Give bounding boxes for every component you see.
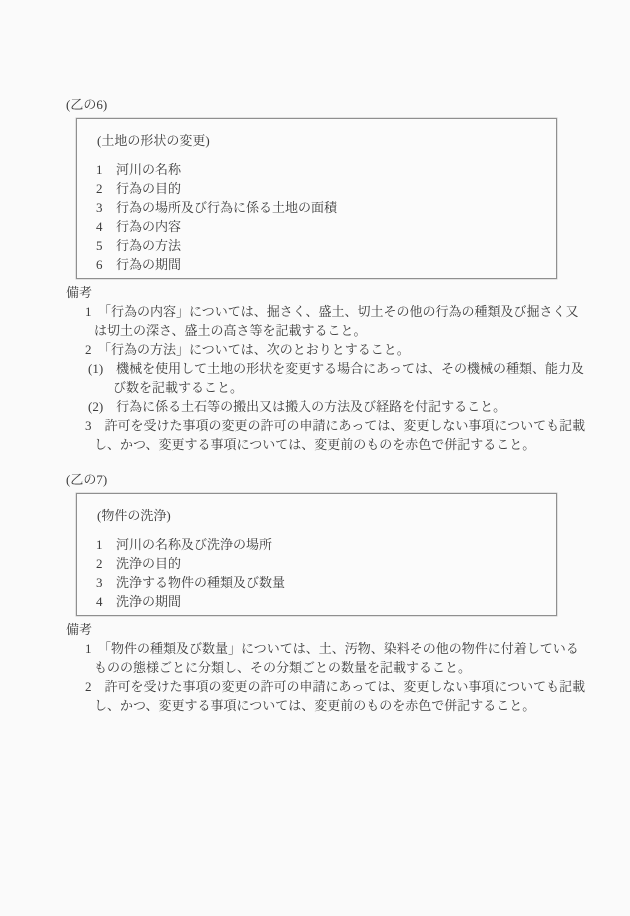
item-text: 河川の名称 [116,160,181,179]
remark-line: ものの態様ごとに分類し、その分類ごとの数量を記載すること。 [66,658,570,677]
section1-box: (土地の形状の変更) 1 河川の名称 2 行為の目的 3 行為の場所及び行為に係… [76,118,557,279]
section2-box-list: 1 河川の名称及び洗浄の場所 2 洗浄の目的 3 洗浄する物件の種類及び数量 4… [96,535,546,611]
item-number: 3 [96,573,116,592]
item-number: 2 [96,554,116,573]
item-number: 1 [96,160,116,179]
remark-line: (2) 行為に係る土石等の搬出又は搬入の方法及び経路を付記すること。 [66,397,570,416]
item-number: 3 [96,198,116,217]
list-item: 2 洗浄の目的 [96,554,546,573]
item-text: 洗浄の目的 [116,554,181,573]
item-text: 行為の期間 [116,255,181,274]
remark-line: 1 「物件の種類及び数量」については、土、汚物、染料その他の物件に付着している [66,639,570,658]
remark-line: 2 許可を受けた事項の変更の許可の申請にあっては、変更しない事項についても記載 [66,677,570,696]
remarks-heading: 備考 [66,620,570,639]
remark-line: 3 許可を受けた事項の変更の許可の申請にあっては、変更しない事項についても記載 [66,416,570,435]
item-number: 4 [96,217,116,236]
section1-box-title: (土地の形状の変更) [97,131,546,150]
item-text: 行為の目的 [116,179,181,198]
item-number: 4 [96,592,116,611]
item-number: 5 [96,236,116,255]
remark-line: は切土の深さ、盛土の高さ等を記載すること。 [66,321,570,340]
section2-box-title: (物件の洗浄) [97,506,546,525]
list-item: 1 河川の名称 [96,160,546,179]
list-item: 6 行為の期間 [96,255,546,274]
document-page: (乙の6) (土地の形状の変更) 1 河川の名称 2 行為の目的 3 行為の場所… [0,0,630,916]
item-number: 6 [96,255,116,274]
section1-box-list: 1 河川の名称 2 行為の目的 3 行為の場所及び行為に係る土地の面積 4 行為… [96,160,546,274]
item-number: 2 [96,179,116,198]
remark-line: (1) 機械を使用して土地の形状を変更する場合にあっては、その機械の種類、能力及 [66,359,570,378]
remark-line: 1 「行為の内容」については、掘さく、盛土、切土その他の行為の種類及び掘さく又 [66,302,570,321]
remark-line: し、かつ、変更する事項については、変更前のものを赤色で併記すること。 [66,435,570,454]
list-item: 5 行為の方法 [96,236,546,255]
list-item: 1 河川の名称及び洗浄の場所 [96,535,546,554]
item-text: 洗浄の期間 [116,592,181,611]
item-text: 行為の方法 [116,236,181,255]
item-number: 1 [96,535,116,554]
item-text: 行為の場所及び行為に係る土地の面積 [116,198,337,217]
section2-remarks: 備考 1 「物件の種類及び数量」については、土、汚物、染料その他の物件に付着して… [66,620,570,715]
list-item: 3 洗浄する物件の種類及び数量 [96,573,546,592]
section1-label: (乙の6) [66,97,570,112]
list-item: 3 行為の場所及び行為に係る土地の面積 [96,198,546,217]
section1-remarks: 備考 1 「行為の内容」については、掘さく、盛土、切土その他の行為の種類及び掘さ… [66,283,570,454]
section2-label: (乙の7) [66,472,570,487]
remark-line: 2 「行為の方法」については、次のとおりとすること。 [66,340,570,359]
remark-line: し、かつ、変更する事項については、変更前のものを赤色で併記すること。 [66,696,570,715]
remark-line: び数を記載すること。 [66,378,570,397]
item-text: 洗浄する物件の種類及び数量 [116,573,285,592]
list-item: 4 行為の内容 [96,217,546,236]
item-text: 河川の名称及び洗浄の場所 [116,535,272,554]
item-text: 行為の内容 [116,217,181,236]
section2-box: (物件の洗浄) 1 河川の名称及び洗浄の場所 2 洗浄の目的 3 洗浄する物件の… [76,493,557,616]
remarks-heading: 備考 [66,283,570,302]
list-item: 4 洗浄の期間 [96,592,546,611]
list-item: 2 行為の目的 [96,179,546,198]
